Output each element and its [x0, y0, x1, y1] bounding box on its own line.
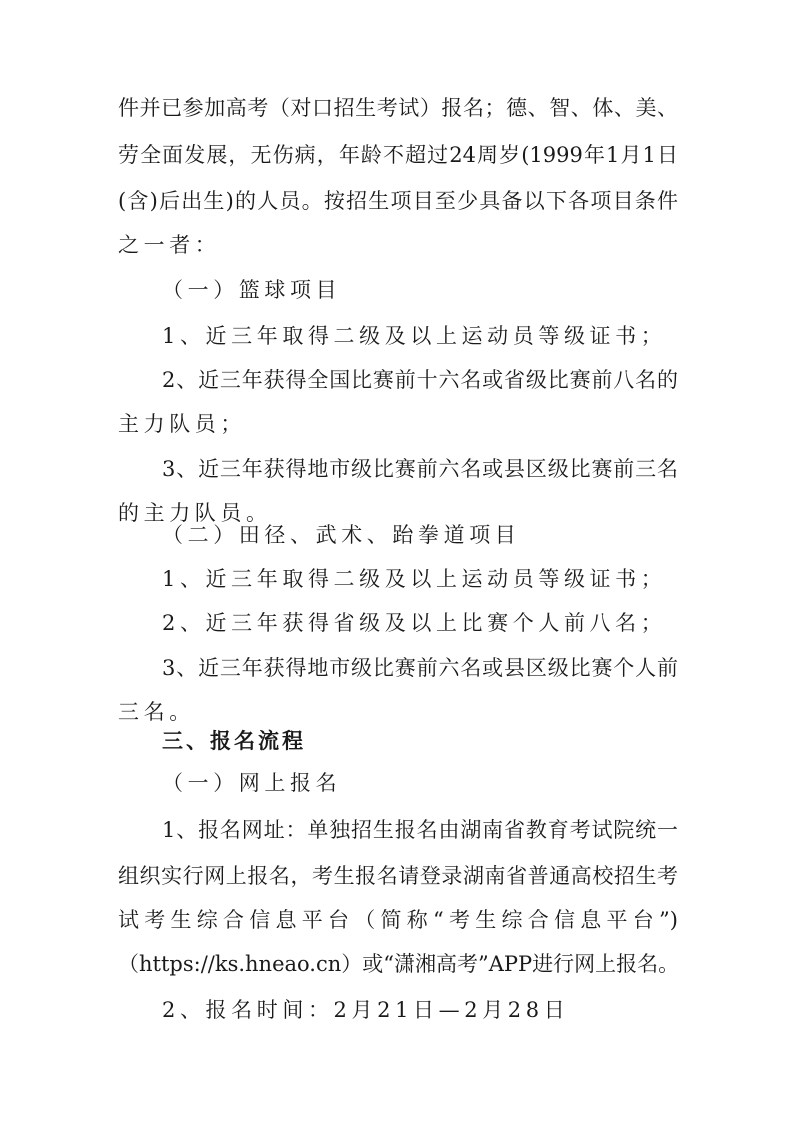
text-line: 组织实行网上报名，考生报名请登录湖南省普通高校招生考: [118, 862, 678, 890]
text-line: 2、近三年获得省级及以上比赛个人前八名；: [162, 609, 678, 637]
text-line: （https://ks.hneao.cn）或“潇湘高考”APP进行网上报名。: [118, 950, 678, 978]
section-heading: 三、报名流程: [162, 727, 678, 755]
text-line: （二）田径、武术、跆拳道项目: [162, 521, 678, 549]
text-line: (含)后出生)的人员。按招生项目至少具备以下各项目条件: [118, 187, 678, 215]
document-page: 件并已参加高考（对口招生考试）报名；德、智、体、美、劳全面发展，无伤病，年龄不超…: [0, 0, 793, 1122]
text-line: 3、近三年获得地市级比赛前六名或县区级比赛前三名: [162, 455, 678, 483]
text-line: （一）篮球项目: [162, 276, 678, 304]
text-line: 1、近三年取得二级及以上运动员等级证书；: [162, 565, 678, 593]
text-line: 3、近三年获得地市级比赛前六名或县区级比赛个人前: [162, 654, 678, 682]
text-line: 劳全面发展，无伤病，年龄不超过24周岁(1999年1月1日: [118, 141, 678, 169]
text-line: 2、报名时间：2月21日—2月28日: [162, 996, 678, 1024]
text-line: 三名。: [118, 698, 678, 726]
text-line: 件并已参加高考（对口招生考试）报名；德、智、体、美、: [118, 94, 678, 122]
text-line: 之一者：: [118, 231, 678, 259]
text-line: 1、近三年取得二级及以上运动员等级证书；: [162, 322, 678, 350]
text-line: （一）网上报名: [162, 769, 678, 797]
text-line: 2、近三年获得全国比赛前十六名或省级比赛前八名的: [162, 366, 678, 394]
text-line: 试考生综合信息平台（简称“考生综合信息平台”): [118, 906, 678, 934]
text-line: 主力队员；: [118, 410, 678, 438]
text-line: 1、报名网址：单独招生报名由湖南省教育考试院统一: [162, 816, 678, 844]
